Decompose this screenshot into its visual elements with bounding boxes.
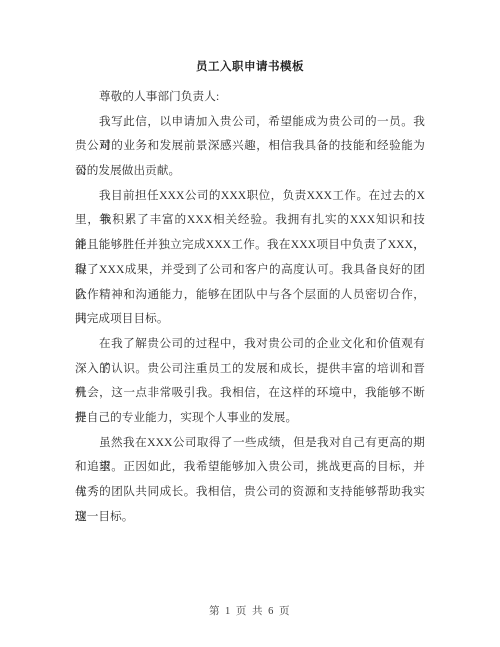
text-line: 我目前担任XXX公司的XXX职位，负责XXX工作。在过去的X年 [75,184,425,209]
text-line: 这一目标。 [75,505,425,530]
text-line: 得了XXX成果，并受到了公司和客户的高度认可。我具备良好的团队 [75,258,425,283]
paragraph-4: 虽然我在XXX公司取得了一些成绩，但是我对自己有更高的期望 和追求。正因如此，我… [75,431,425,530]
paragraph-2: 我目前担任XXX公司的XXX职位，负责XXX工作。在过去的X年 里，我积累了丰富… [75,184,425,332]
text-line: 司的发展做出贡献。 [75,159,425,184]
text-line: 里，我积累了丰富的XXX相关经验。我拥有扎实的XXX知识和技能， [75,208,425,233]
paragraph-3: 在我了解贵公司的过程中，我对贵公司的企业文化和价值观有了 深入的认识。贵公司注重… [75,332,425,431]
text-line: 虽然我在XXX公司取得了一些成绩，但是我对自己有更高的期望 [75,431,425,456]
text-line: 机会，这一点非常吸引我。我相信，在这样的环境中，我能够不断提 [75,381,425,406]
text-line: 在我了解贵公司的过程中，我对贵公司的企业文化和价值观有了 [75,332,425,357]
page-number: 第 1 页 共 6 页 [0,606,500,618]
text-line: 合作精神和沟通能力，能够在团队中与各个层面的人员密切合作，共 [75,283,425,308]
document-page: 员工入职申请书模板 尊敬的人事部门负责人: 我写此信，以申请加入贵公司，希望能成… [0,0,500,647]
document-title: 员工入职申请书模板 [0,56,500,78]
text-line: 我写此信，以申请加入贵公司，希望能成为贵公司的一员。我对 [75,110,425,135]
text-line: 深入的认识。贵公司注重员工的发展和成长，提供丰富的培训和晋升 [75,357,425,382]
salutation: 尊敬的人事部门负责人: [75,85,425,110]
text-line: 升自己的专业能力，实现个人事业的发展。 [75,406,425,431]
text-line: 和追求。正因如此，我希望能够加入贵公司，挑战更高的目标，并与 [75,455,425,480]
text-line: 优秀的团队共同成长。我相信，贵公司的资源和支持能够帮助我实现 [75,480,425,505]
text-line: 贵公司的业务和发展前景深感兴趣，相信我具备的技能和经验能为公 [75,134,425,159]
document-body: 尊敬的人事部门负责人: 我写此信，以申请加入贵公司，希望能成为贵公司的一员。我对… [75,85,425,529]
text-line: 并且能够胜任并独立完成XXX工作。我在XXX项目中负责了XXX，取 [75,233,425,258]
text-line: 同完成项目目标。 [75,307,425,332]
paragraph-1: 我写此信，以申请加入贵公司，希望能成为贵公司的一员。我对 贵公司的业务和发展前景… [75,110,425,184]
